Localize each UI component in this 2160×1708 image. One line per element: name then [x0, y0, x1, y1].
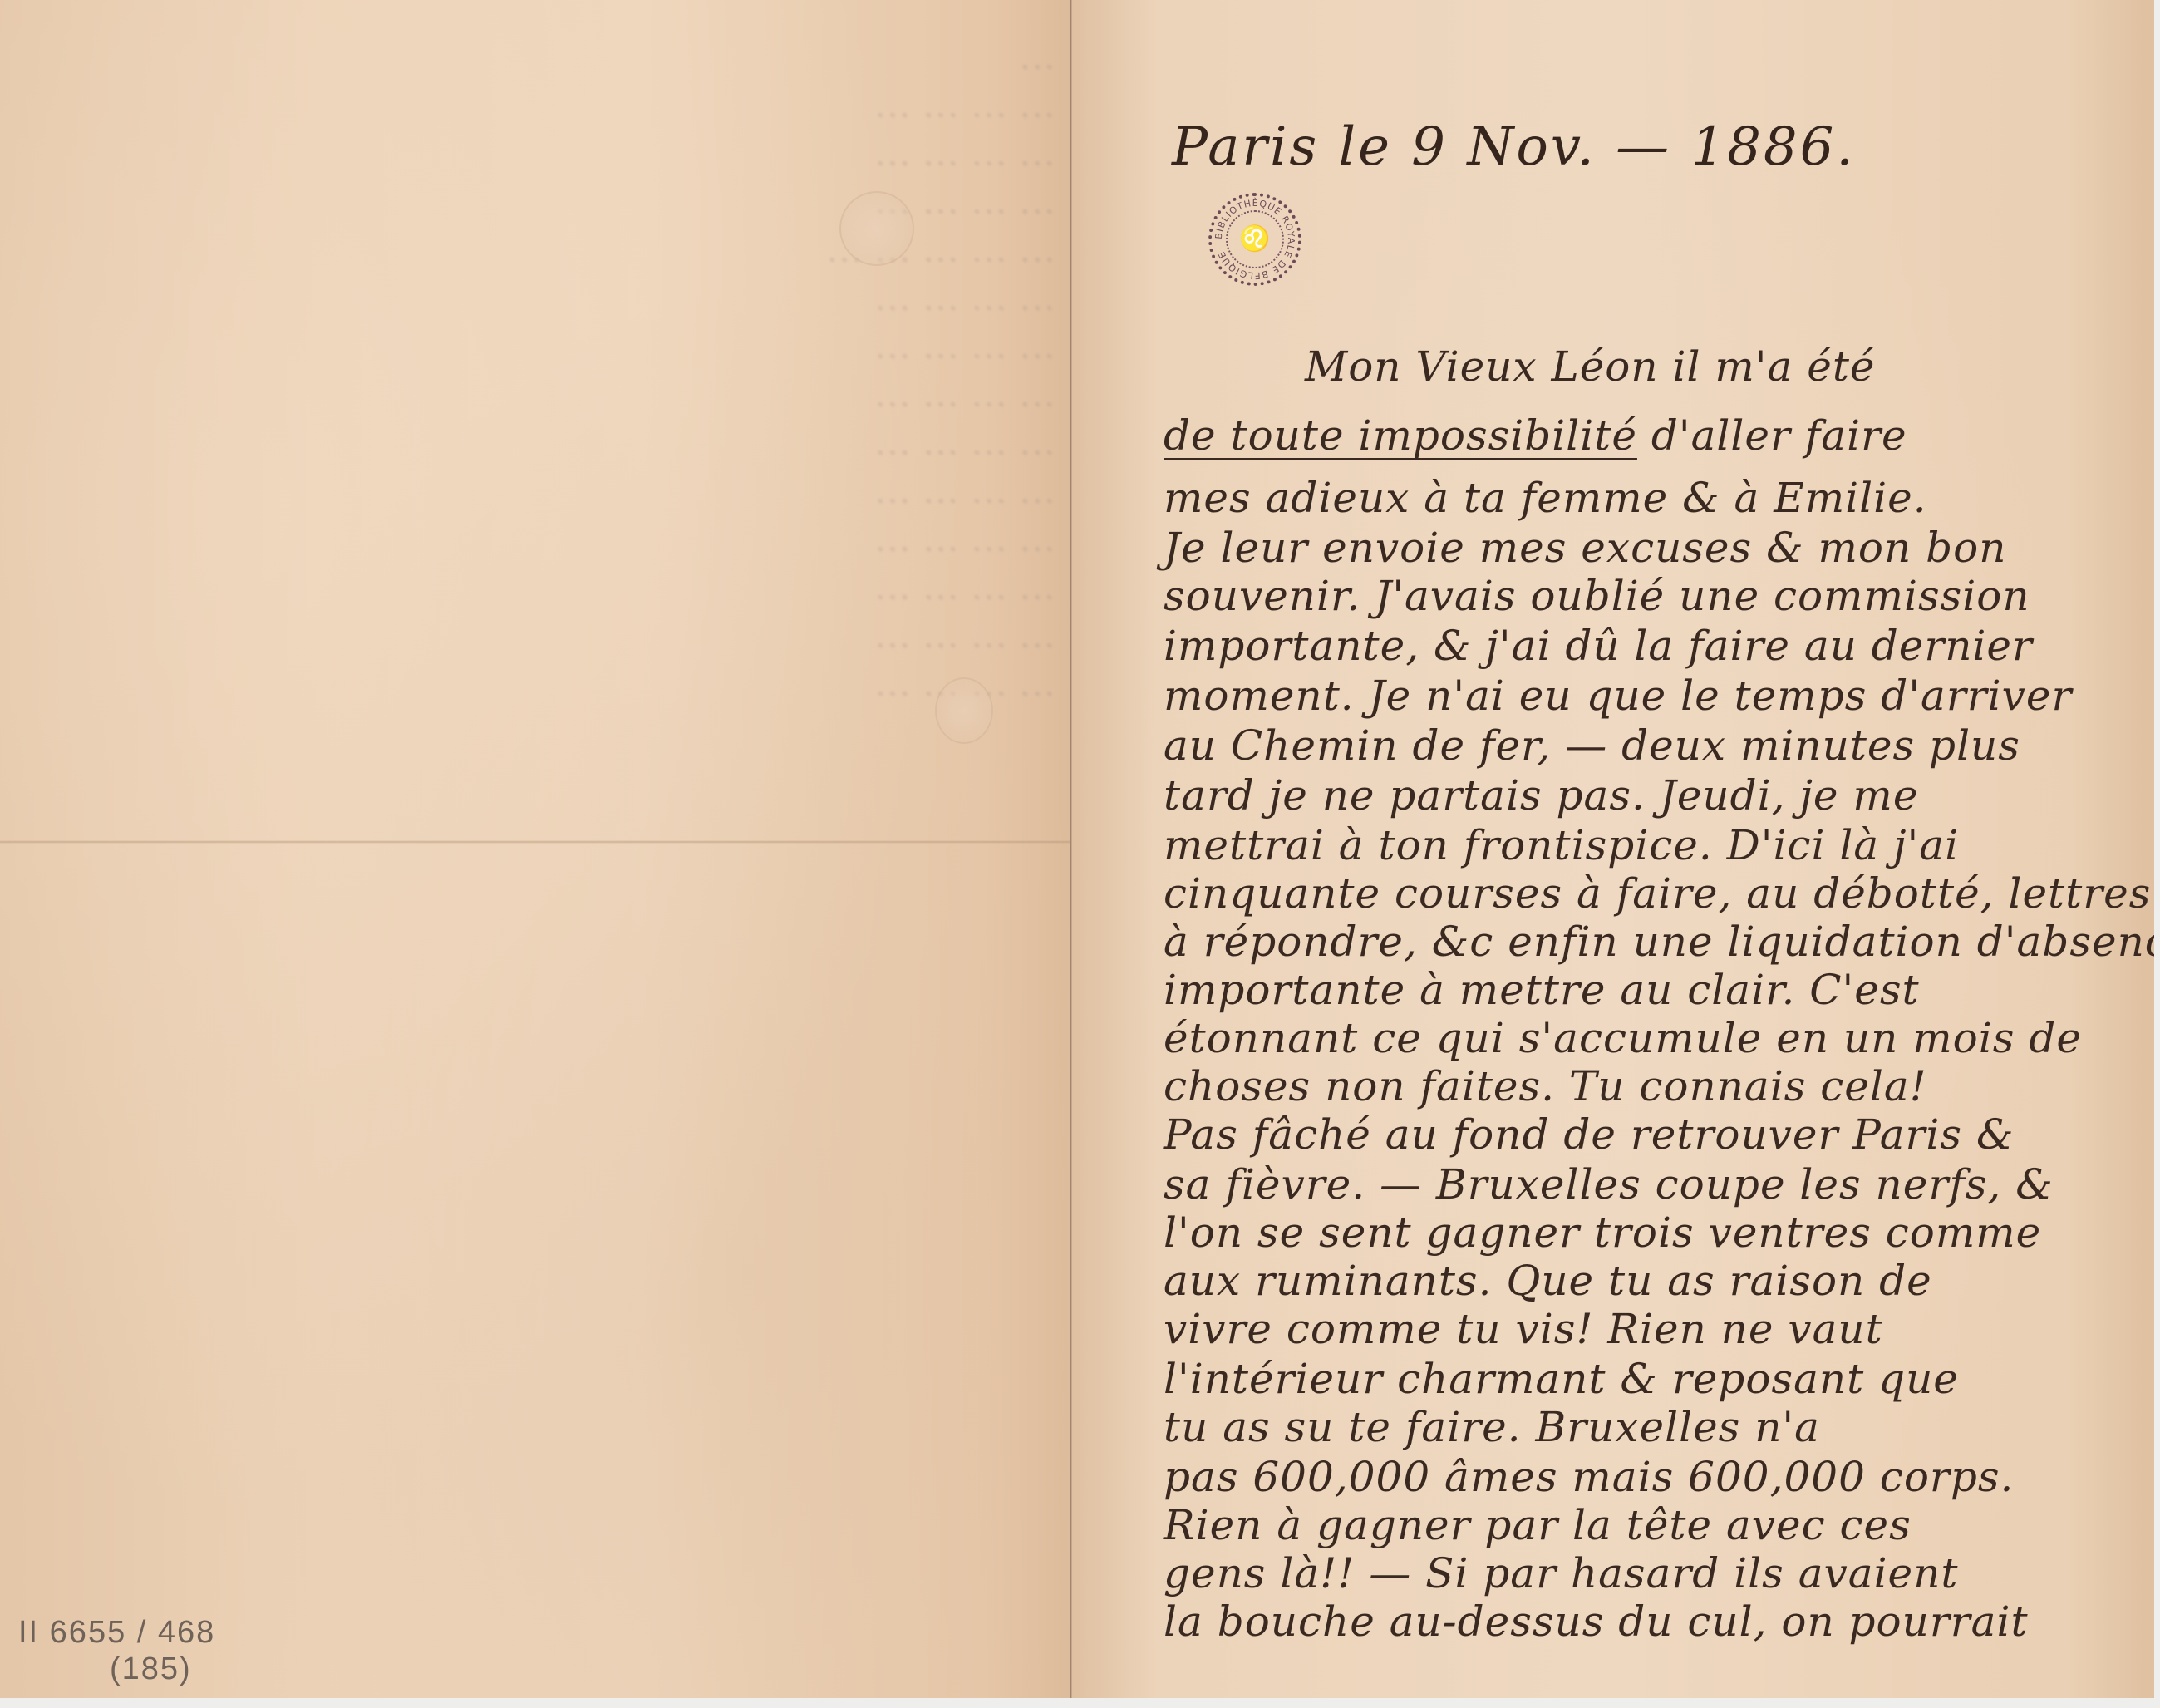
svg-text:BIBLIOTHÈQUE ROYALE DE BELGIQU: BIBLIOTHÈQUE ROYALE DE BELGIQUE	[1213, 198, 1296, 281]
catalog-annotation: II 6655 / 468 (185)	[18, 1614, 215, 1687]
letter-line: mettrai à ton frontispice. D'ici là j'ai	[1164, 821, 2153, 869]
letter-line: cinquante courses à faire, au débotté, l…	[1164, 869, 2153, 918]
letter-line: pas 600,000 âmes mais 600,000 corps.	[1164, 1453, 2153, 1501]
letter-line: Rien à gagner par la tête avec ces	[1164, 1501, 2153, 1549]
letter-line: importante à mettre au clair. C'est	[1164, 966, 2153, 1014]
letter-line: étonnant ce qui s'accumule en un mois de	[1164, 1014, 2153, 1062]
horizontal-fold-crease	[0, 840, 1071, 844]
letter-line: sa fièvre. — Bruxelles coupe les nerfs, …	[1164, 1160, 2153, 1208]
letter-line: de toute impossibilité d'aller faire	[1164, 411, 2153, 460]
letter-line: à répondre, &c enfin une liquidation d'a…	[1164, 918, 2153, 966]
letter-line: Mon Vieux Léon il m'a été	[1305, 342, 2154, 391]
paper-blemish-mark	[839, 191, 914, 266]
letter-line: souvenir. J'avais oublié une commission	[1164, 572, 2153, 620]
letter-line: Pas fâché au fond de retrouver Paris &	[1164, 1110, 2153, 1159]
letter-sheet: … … … … … … … … … … … … … … … … … … … … …	[0, 0, 2154, 1698]
underlined-phrase: de toute impossibilité	[1164, 411, 1637, 460]
letter-line: l'on se sent gagner trois ventres comme	[1164, 1208, 2153, 1257]
letter-line: mes adieux à ta femme & à Emilie.	[1164, 474, 2153, 522]
letter-line: l'intérieur charmant & reposant que	[1164, 1355, 2153, 1403]
catalog-subnumber: (185)	[18, 1651, 215, 1687]
letter-line: choses non faites. Tu connais cela!	[1164, 1062, 2153, 1110]
letter-line: gens là!! — Si par hasard ils avaient	[1164, 1549, 2153, 1597]
letter-line: au Chemin de fer, — deux minutes plus	[1164, 721, 2153, 770]
spine-fold	[1070, 0, 1072, 1698]
left-page: … … … … … … … … … … … … … … … … … … … … …	[0, 0, 1071, 1698]
letter-line: moment. Je n'ai eu que le temps d'arrive…	[1164, 672, 2153, 720]
letter-line: Je leur envoie mes excuses & mon bon	[1164, 524, 2153, 572]
paper-blemish-mark	[935, 677, 993, 744]
letter-line: tard je ne partais pas. Jeudi, je me	[1164, 771, 2153, 820]
letter-line: vivre comme tu vis! Rien ne vaut	[1164, 1305, 2153, 1353]
letter-line: aux ruminants. Que tu as raison de	[1164, 1257, 2153, 1305]
stamp-ring-text: BIBLIOTHÈQUE ROYALE DE BELGIQUE	[1212, 196, 1298, 283]
library-stamp: BIBLIOTHÈQUE ROYALE DE BELGIQUE ♌	[1208, 193, 1301, 286]
letter-dateline: Paris le 9 Nov. — 1886.	[1172, 116, 1856, 178]
document-scan: … … … … … … … … … … … … … … … … … … … … …	[0, 0, 2160, 1708]
letter-line: la bouche au-dessus du cul, on pourrait	[1164, 1597, 2153, 1646]
letter-line: importante, & j'ai dû la faire au dernie…	[1164, 622, 2153, 670]
letter-line: tu as su te faire. Bruxelles n'a	[1164, 1403, 2153, 1451]
letter-line-rest: d'aller faire	[1637, 411, 1907, 460]
catalog-number: II 6655 / 468	[18, 1614, 215, 1651]
